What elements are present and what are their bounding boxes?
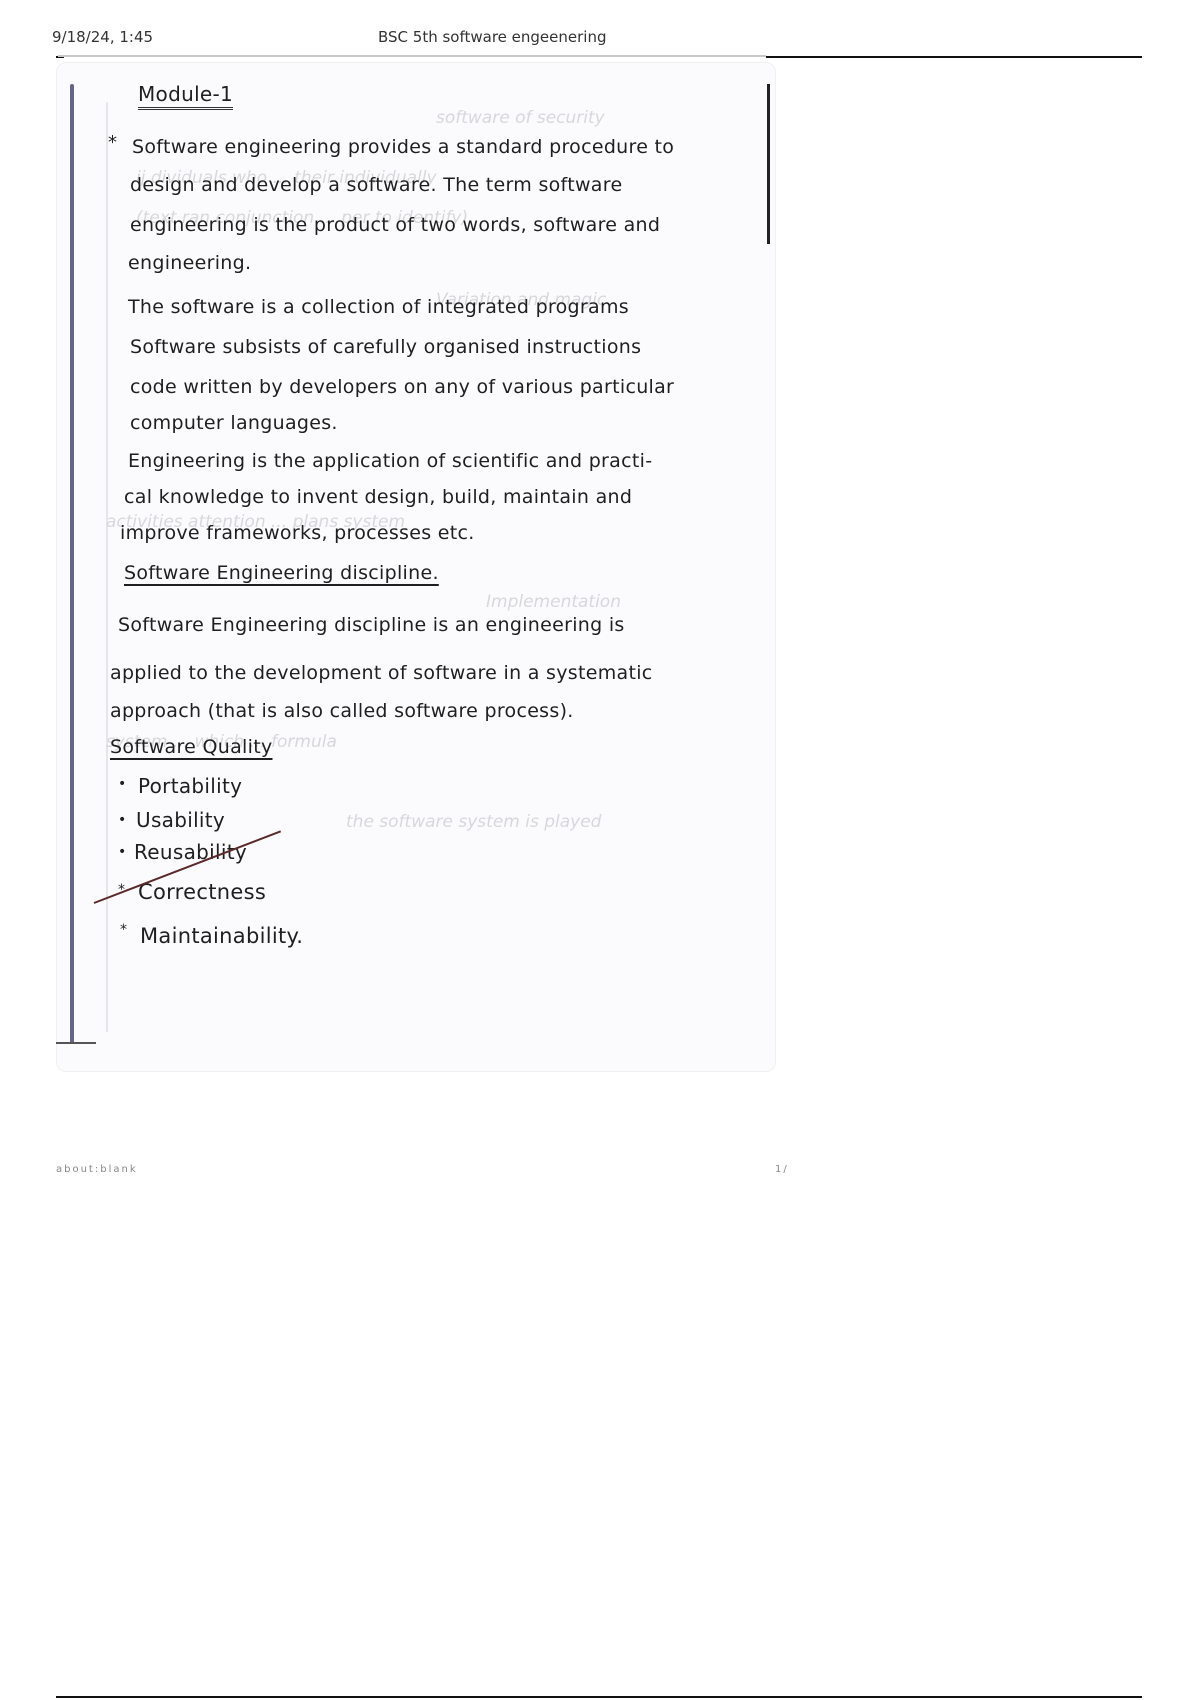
quality-item: Usability [136, 808, 225, 832]
bullet-star: * [108, 132, 117, 153]
header-rule-gray [58, 55, 766, 57]
quality-item: Reusability [134, 840, 247, 864]
bullet-star: • [118, 812, 127, 828]
section-heading-quality: Software Quality [110, 736, 273, 758]
note-line: engineering is the product of two words,… [130, 214, 660, 236]
note-line: Software Engineering discipline is an en… [118, 614, 625, 636]
quality-item: Portability [138, 774, 242, 798]
note-line: computer languages. [130, 412, 338, 434]
module-heading: Module-1 [138, 82, 233, 110]
note-line: Software engineering provides a standard… [132, 136, 674, 158]
note-line: improve frameworks, processes etc. [120, 522, 475, 544]
print-datetime: 9/18/24, 1:45 [52, 28, 153, 46]
page-edge-line [767, 84, 770, 244]
notebook-margin-line [70, 84, 74, 1044]
bleed-through-text: software of security [436, 108, 605, 128]
note-line: cal knowledge to invent design, build, m… [124, 486, 632, 508]
note-line: design and develop a software. The term … [130, 174, 622, 196]
bottom-rule [56, 1696, 1142, 1698]
notebook-inner-line [106, 102, 108, 1032]
quality-item: Correctness [138, 880, 266, 904]
bullet-star: • [118, 844, 127, 860]
bullet-star: * [120, 922, 127, 938]
header-rule-black [766, 56, 1142, 58]
quality-item: Maintainability. [140, 924, 303, 948]
handwritten-notes-photo: software of security ij dividuals who ..… [56, 62, 776, 1072]
note-line: engineering. [128, 252, 251, 274]
bleed-through-text: the software system is played [346, 812, 601, 832]
note-line: Engineering is the application of scient… [128, 450, 652, 472]
note-line: approach (that is also called software p… [110, 700, 574, 722]
note-line: code written by developers on any of var… [130, 376, 674, 398]
bleed-through-text: Implementation [486, 592, 621, 612]
note-line: applied to the development of software i… [110, 662, 653, 684]
footer-url: about:blank [56, 1164, 138, 1175]
bullet-star: • [118, 776, 127, 792]
note-line: The software is a collection of integrat… [128, 296, 629, 318]
section-heading-discipline: Software Engineering discipline. [124, 562, 439, 584]
note-line: Software subsists of carefully organised… [130, 336, 641, 358]
footer-page-number: 1/ [775, 1164, 789, 1175]
page-bottom-mark [56, 1042, 96, 1044]
document-title: BSC 5th software engeenering [378, 28, 607, 46]
